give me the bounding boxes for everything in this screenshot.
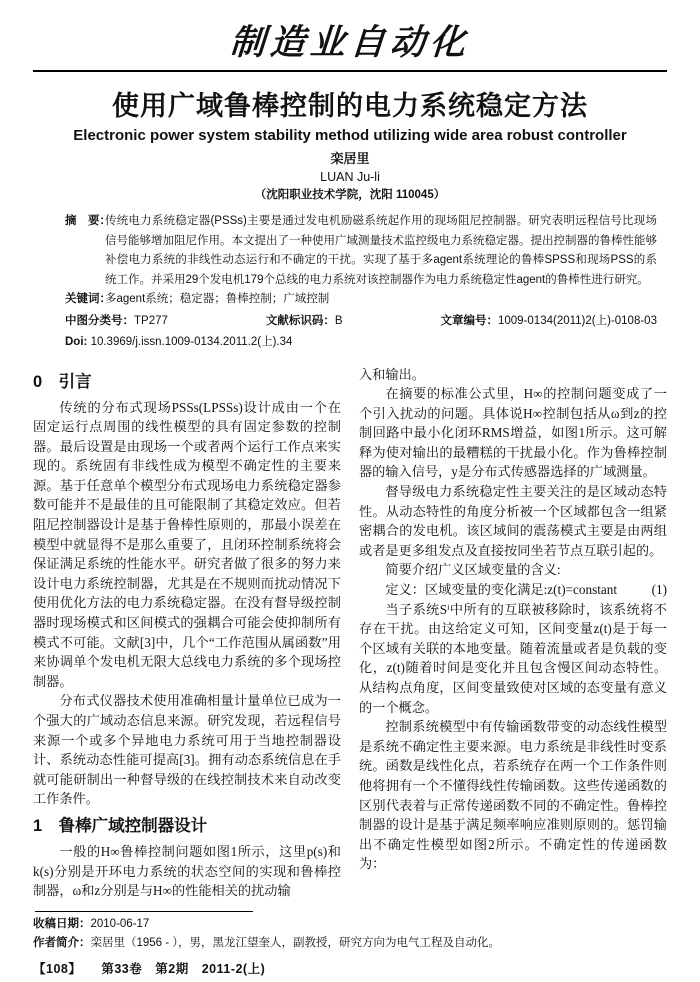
header-rule [33, 70, 667, 72]
doc-code-field: 文献标识码：B [266, 312, 343, 332]
body-paragraph: 一般的H∞鲁棒控制问题如图1所示，这里p(s)和k(s)分别是开环电力系统的状态… [33, 842, 341, 901]
page-footer: 【108】 第33卷 第2期 2011-2(上) [33, 959, 667, 977]
doc-code-label: 文献标识码： [266, 315, 335, 327]
body-paragraph: 传统的分布式现场PSSs(LPSSs)设计成由一个在固定运行点周围的线性模型的具… [33, 398, 341, 692]
volume-issue: 第33卷 第2期 2011-2(上) [101, 962, 265, 976]
classification-row: 中图分类号：TP277 文献标识码：B 文章编号：1009-0134(2011)… [65, 312, 657, 332]
received-date-label: 收稿日期： [33, 918, 91, 930]
doi-value: 10.3969/j.issn.1009-0134.2011.2(上).34 [91, 336, 293, 348]
footnote-rule [35, 911, 253, 912]
article-id-label: 文章编号： [441, 315, 499, 327]
body-paragraph: 控制系统模型中有传输函数带变的动态线性模型是系统不确定性主要来源。电力系统是非线… [359, 717, 667, 874]
body-paragraph: 在摘要的标准公式里，H∞的控制问题变成了一个引入扰动的问题。具体说H∞控制包括从… [359, 384, 667, 482]
author-bio-value: 栾居里（1956 - ），男，黑龙江望奎人，副教授，研究方向为电气工程及自动化。 [91, 937, 501, 949]
body-paragraph: 简要介绍广义区域变量的含义: [359, 560, 667, 580]
doi-label: Doi: [65, 336, 87, 348]
body-paragraph: 分布式仪器技术使用准确相量计量单位已成为一个强大的广域动态信息来源。研究发现，若… [33, 691, 341, 809]
paper-page: 制造业自动化 使用广域鲁棒控制的电力系统稳定方法 Electronic powe… [0, 0, 700, 982]
author-name-en: LUAN Ju-li [33, 168, 667, 186]
author-name-zh: 栾居里 [33, 150, 667, 168]
keywords: 关键词：多agent系统；稳定器；鲁棒控制；广域控制 [65, 290, 657, 310]
doc-code-value: B [335, 315, 343, 327]
section-heading: 0 引言 [33, 371, 341, 393]
paper-title-en: Electronic power system stability method… [33, 127, 667, 144]
body-paragraph: 入和输出。 [359, 365, 667, 385]
right-column: 入和输出。在摘要的标准公式里，H∞的控制问题变成了一个引入扰动的问题。具体说H∞… [359, 365, 667, 901]
abstract-label: 摘 要： [65, 212, 111, 232]
section-heading: 1 鲁棒广域控制器设计 [33, 815, 341, 837]
keywords-label: 关键词： [65, 290, 111, 310]
received-date-value: 2010-06-17 [91, 918, 150, 930]
footnote-block: 收稿日期：2010-06-17 作者简介：栾居里（1956 - ），男，黑龙江望… [33, 911, 667, 953]
equation-number: (1) [652, 580, 667, 600]
journal-logo: 制造业自动化 [31, 20, 668, 66]
meta-block: 摘 要：传统电力系统稳定器(PSSs)主要是通过发电机励磁系统起作用的现场阻尼控… [33, 212, 667, 353]
received-date-line: 收稿日期：2010-06-17 [33, 915, 667, 934]
clc-value: TP277 [134, 315, 168, 327]
abstract: 摘 要：传统电力系统稳定器(PSSs)主要是通过发电机励磁系统起作用的现场阻尼控… [65, 212, 657, 290]
body-paragraph: 当子系统Sⁱ中所有的互联被移除时，该系统将不存在干扰。由这给定义可知，区间变量z… [359, 600, 667, 718]
clc-field: 中图分类号：TP277 [65, 312, 168, 332]
equation-line: 定义：区域变量的变化满足:z(t)=constant(1) [359, 580, 667, 600]
article-id-field: 文章编号：1009-0134(2011)2(上)-0108-03 [441, 312, 657, 332]
body-paragraph: 督导级电力系统稳定性主要关注的是区域动态特性。从动态特性的角度分析被一个区域都包… [359, 482, 667, 560]
keywords-text: 多agent系统；稳定器；鲁棒控制；广域控制 [105, 293, 329, 305]
author-affiliation: （沈阳职业技术学院，沈阳 110045） [33, 186, 667, 204]
author-bio-line: 作者简介：栾居里（1956 - ），男，黑龙江望奎人，副教授，研究方向为电气工程… [33, 934, 667, 953]
author-bio-label: 作者简介： [33, 937, 91, 949]
paper-title-zh: 使用广域鲁棒控制的电力系统稳定方法 [33, 84, 667, 123]
equation-text: 定义：区域变量的变化满足:z(t)=constant [359, 580, 617, 600]
clc-label: 中图分类号： [65, 315, 134, 327]
left-column: 0 引言传统的分布式现场PSSs(LPSSs)设计成由一个在固定运行点周围的线性… [33, 365, 341, 901]
body-columns: 0 引言传统的分布式现场PSSs(LPSSs)设计成由一个在固定运行点周围的线性… [33, 365, 667, 901]
page-number: 【108】 [33, 962, 81, 976]
article-id-value: 1009-0134(2011)2(上)-0108-03 [498, 315, 657, 327]
abstract-text: 传统电力系统稳定器(PSSs)主要是通过发电机励磁系统起作用的现场阻尼控制器。研… [105, 215, 657, 286]
doi-line: Doi: 10.3969/j.issn.1009-0134.2011.2(上).… [65, 333, 657, 353]
